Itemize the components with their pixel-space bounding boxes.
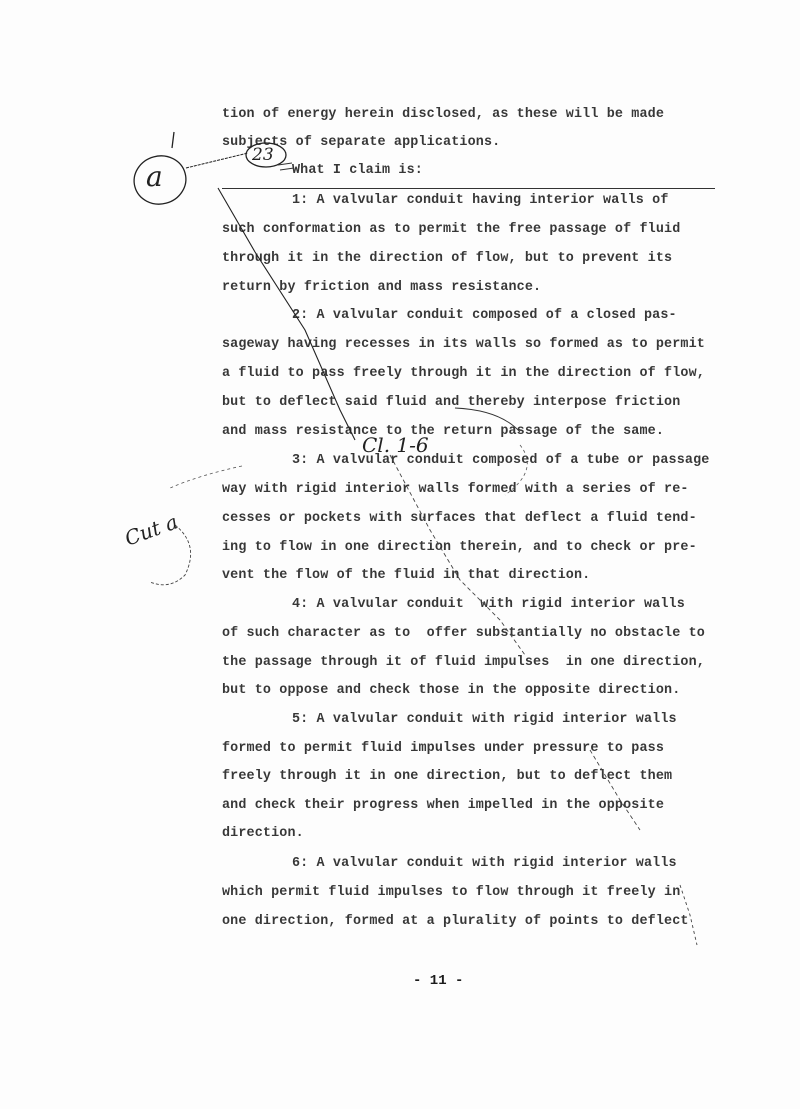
document-page: tion of energy herein disclosed, as thes… [0,0,800,1109]
claims-range-annotation: Cl. 1-6 [362,433,429,457]
circled-number-annotation: 23 [252,145,274,165]
circled-letter-annotation: a [146,160,163,193]
handwritten-marks [0,0,800,1109]
